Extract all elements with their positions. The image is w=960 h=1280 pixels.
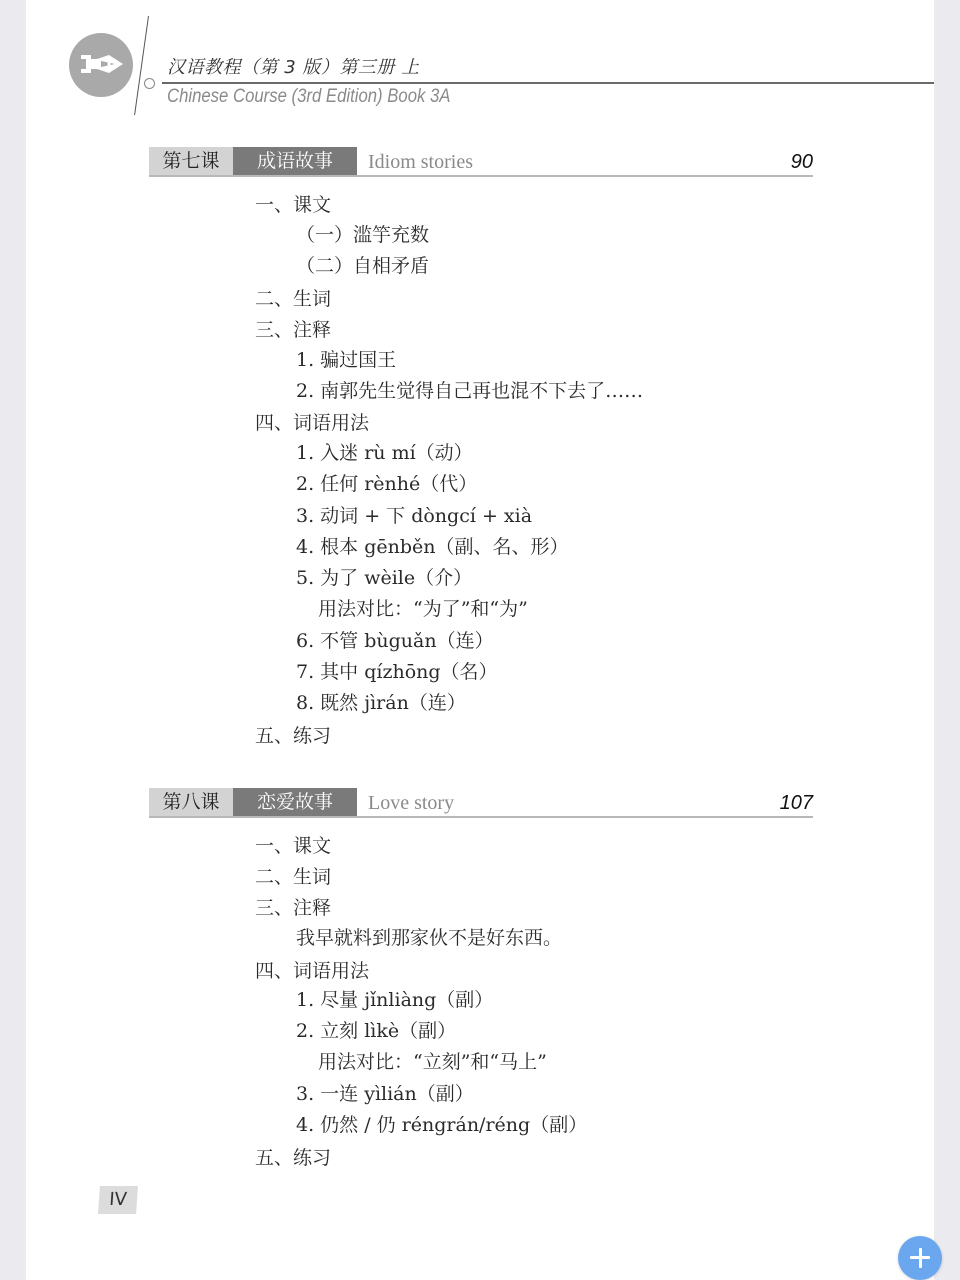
- toc-item[interactable]: 2. 南郭先生觉得自己再也混不下去了……: [296, 379, 643, 403]
- toc-item[interactable]: 1. 入迷 rù mí（动）: [296, 441, 473, 465]
- lesson-number: 第七课: [149, 147, 233, 175]
- toc-section[interactable]: 一、课文: [255, 834, 331, 858]
- toc-item[interactable]: 3. 一连 yìlián（副）: [296, 1082, 474, 1106]
- toc-section[interactable]: 二、生词: [255, 287, 331, 311]
- lesson-7-header[interactable]: 第七课 成语故事 Idiom stories 90: [149, 147, 813, 177]
- toc-section[interactable]: 四、词语用法: [255, 411, 369, 435]
- lesson-title-chinese: 成语故事: [233, 147, 357, 175]
- toc-item[interactable]: 8. 既然 jìrán（连）: [296, 691, 466, 715]
- toc-section[interactable]: 五、练习: [255, 724, 331, 748]
- lesson-page-number: 90: [791, 147, 813, 177]
- page-number: IV: [98, 1186, 138, 1214]
- plus-icon[interactable]: [898, 1236, 942, 1280]
- lesson-8-header[interactable]: 第八课 恋爱故事 Love story 107: [149, 788, 813, 818]
- toc-section[interactable]: 三、注释: [255, 896, 331, 920]
- toc-item[interactable]: （二）自相矛盾: [296, 254, 429, 278]
- toc-section[interactable]: 二、生词: [255, 865, 331, 889]
- header-ring-ornament: [144, 78, 155, 89]
- toc-section[interactable]: 四、词语用法: [255, 959, 369, 983]
- toc-item[interactable]: 1. 尽量 jǐnliàng（副）: [296, 988, 493, 1012]
- toc-item[interactable]: 4. 根本 gēnběn（副、名、形）: [296, 535, 569, 559]
- lesson-title-english: Love story: [368, 788, 454, 818]
- toc-item[interactable]: 1. 骗过国王: [296, 348, 396, 372]
- fountain-pen-nib-icon: [79, 51, 125, 77]
- lesson-title-english: Idiom stories: [368, 147, 473, 177]
- toc-section[interactable]: 五、练习: [255, 1146, 331, 1170]
- logo: [69, 33, 133, 97]
- toc-item[interactable]: 2. 立刻 lìkè（副）: [296, 1019, 456, 1043]
- book-title-chinese: 汉语教程（第 3 版）第三册 上: [167, 53, 420, 79]
- header-rule: [162, 82, 934, 84]
- toc-subitem[interactable]: 用法对比：“立刻”和“马上”: [318, 1050, 547, 1074]
- toc-item[interactable]: 6. 不管 bùguǎn（连）: [296, 629, 494, 653]
- toc-item[interactable]: 2. 任何 rènhé（代）: [296, 472, 477, 496]
- toc-item[interactable]: 3. 动词 + 下 dòngcí + xià: [296, 504, 532, 528]
- lesson-number: 第八课: [149, 788, 233, 816]
- toc-section[interactable]: 三、注释: [255, 318, 331, 342]
- lesson-page-number: 107: [780, 788, 813, 818]
- toc-item[interactable]: 7. 其中 qízhōng（名）: [296, 660, 498, 684]
- toc-subitem[interactable]: 用法对比：“为了”和“为”: [318, 597, 528, 621]
- toc-item[interactable]: （一）滥竽充数: [296, 223, 429, 247]
- toc-section[interactable]: 一、课文: [255, 193, 331, 217]
- toc-item[interactable]: 5. 为了 wèile（介）: [296, 566, 472, 590]
- lesson-title-chinese: 恋爱故事: [233, 788, 357, 816]
- toc-item[interactable]: 4. 仍然 / 仍 réngrán/réng（副）: [296, 1113, 587, 1137]
- book-title-english: Chinese Course (3rd Edition) Book 3A: [167, 86, 450, 108]
- toc-item[interactable]: 我早就料到那家伙不是好东西。: [296, 926, 562, 950]
